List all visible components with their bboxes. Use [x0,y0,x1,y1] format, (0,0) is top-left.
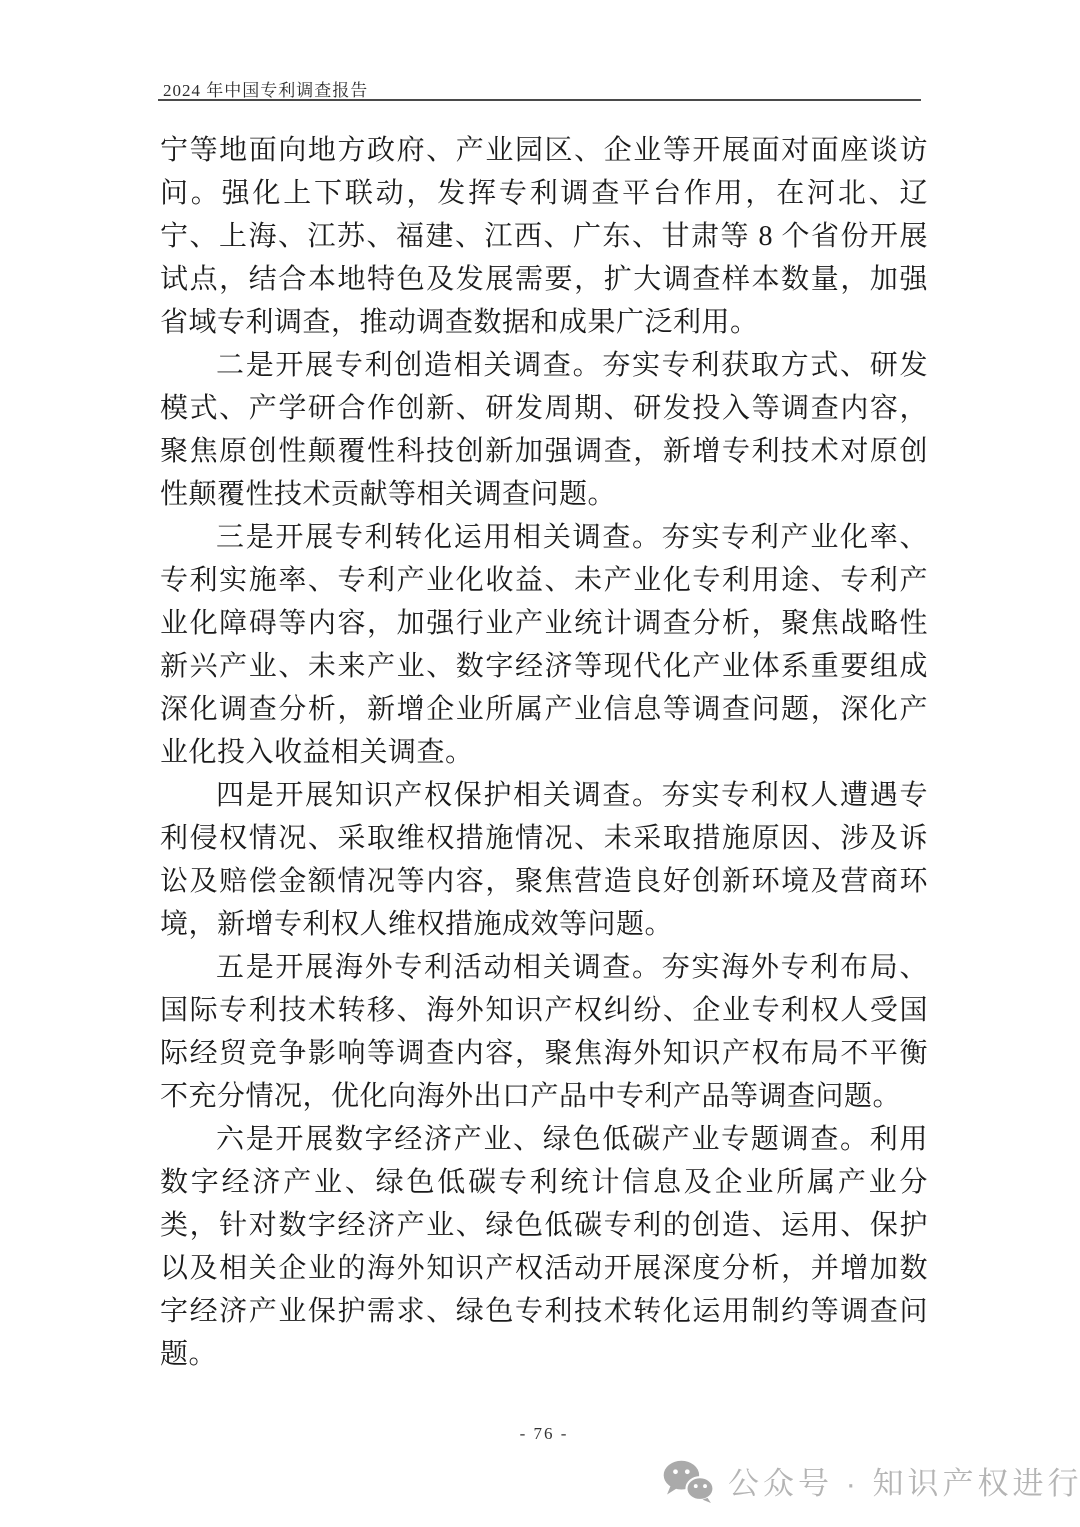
wechat-icon [662,1459,716,1503]
document-page: 2024 年中国专利调查报告 宁等地面向地方政府、产业园区、企业等开展面对面座谈… [0,0,1080,1527]
paragraph-point-4: 四是开展知识产权保护相关调查。夯实专利权人遭遇专利侵权情况、采取维权措施情况、未… [160,774,928,946]
watermark-text: 公众号 · 知识产权进行时 [728,1458,1080,1503]
watermark: 公众号 · 知识产权进行时 [662,1458,1080,1503]
body-text-block: 宁等地面向地方政府、产业园区、企业等开展面对面座谈访问。强化上下联动，发挥专利调… [160,129,928,1376]
paragraph-point-2: 二是开展专利创造相关调查。夯实专利获取方式、研发模式、产学研合作创新、研发周期、… [160,344,928,516]
paragraph-point-3: 三是开展专利转化运用相关调查。夯实专利产业化率、专利实施率、专利产业化收益、未产… [160,516,928,774]
paragraph-point-5: 五是开展海外专利活动相关调查。夯实海外专利布局、国际专利技术转移、海外知识产权纠… [160,946,928,1118]
header-divider [158,99,921,101]
page-number: - 76 - [160,1424,928,1444]
paragraph-continuation: 宁等地面向地方政府、产业园区、企业等开展面对面座谈访问。强化上下联动，发挥专利调… [160,129,928,344]
page-header-title: 2024 年中国专利调查报告 [163,76,368,101]
paragraph-point-6: 六是开展数字经济产业、绿色低碳产业专题调查。利用数字经济产业、绿色低碳专利统计信… [160,1118,928,1376]
